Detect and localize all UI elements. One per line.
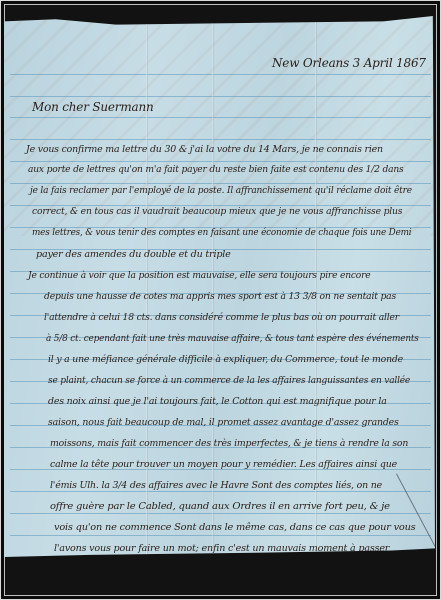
letter-line: il y a une méfiance générale difficile à…: [48, 354, 403, 365]
letter-line: à 5/8 ct. cependant fait une très mauvai…: [46, 333, 419, 344]
letter-line: Je vous confirme ma lettre du 30 & j'ai …: [26, 144, 383, 155]
letter-line: correct, & en tous cas il vaudrait beauc…: [32, 206, 402, 217]
letter-line: payer des amendes du double et du triple: [36, 249, 231, 260]
letter-line: l'attendre à celui 18 cts. dans considér…: [44, 312, 399, 323]
ruled-line: [10, 535, 431, 536]
paper-crease: [396, 474, 435, 557]
letter-line: se plaint, chacun se force à un commerce…: [48, 375, 410, 386]
ruled-line: [10, 491, 431, 492]
letter-salutation: Mon cher Suermann: [32, 100, 154, 114]
ink-bleedthrough: [4, 16, 435, 236]
paper-fold: [315, 16, 317, 557]
paper-fold: [212, 16, 214, 557]
letter-line: aux porte de lettres qu'on m'a fait paye…: [28, 164, 404, 175]
letter-line: l'émis Ulh. la 3/4 des affaires avec le …: [50, 480, 382, 491]
ruled-line: [10, 161, 431, 162]
ruled-line: [10, 117, 431, 118]
letter-line: je la fais reclamer par l'employé de la …: [30, 185, 412, 196]
letter-line: des noix ainsi que je l'ai toujours fait…: [48, 396, 387, 407]
ruled-line: [10, 513, 431, 514]
letter-line: vois qu'on ne commence Sont dans le même…: [54, 522, 416, 533]
letter-line: calme la tête pour trouver un moyen pour…: [50, 459, 397, 470]
letter-dateline: New Orleans 3 April 1867: [272, 56, 426, 70]
letter-line: depuis une hausse de cotes ma appris mes…: [44, 291, 396, 302]
ruled-line: [10, 183, 431, 184]
ruled-line: [10, 139, 431, 140]
letter-paper: New Orleans 3 April 1867 Mon cher Suerma…: [4, 16, 435, 557]
letter-line: offre guère par le Cabled, quand aux Ord…: [50, 501, 390, 512]
letter-line: moissons, mais fait commencer des très i…: [50, 438, 408, 449]
letter-line: mes lettres, & vous tenir des comptes en…: [32, 227, 411, 238]
ruled-line: [10, 96, 431, 97]
ruled-line: [10, 74, 431, 75]
letter-line: saison, nous fait beaucoup de mal, il pr…: [48, 417, 399, 428]
paper-fold: [146, 16, 148, 557]
letter-line: Je continue à voir que la position est m…: [28, 270, 370, 281]
